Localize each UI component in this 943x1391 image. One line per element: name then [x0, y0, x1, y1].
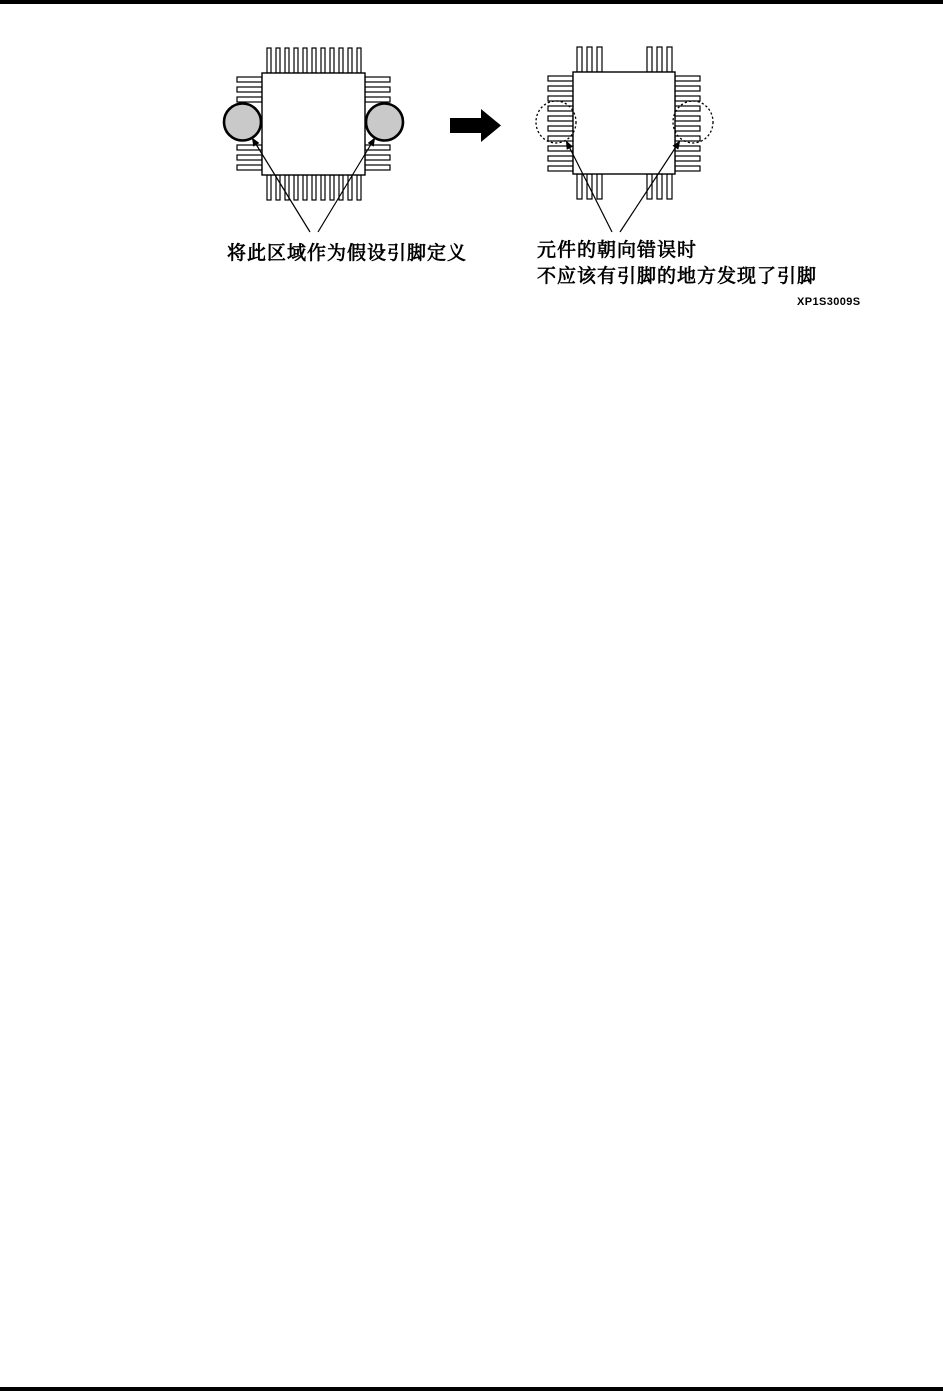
chip-pin: [587, 47, 592, 72]
chip-pin: [285, 48, 289, 73]
chip-pin: [267, 48, 271, 73]
right-chip: [536, 47, 713, 232]
caption-left: 将此区域作为假设引脚定义: [227, 238, 467, 265]
assumed-pin-pad-left: [224, 104, 261, 141]
chip-pin: [312, 175, 316, 200]
chip-pin: [303, 48, 307, 73]
bottom-rule: [0, 1387, 943, 1391]
caption-right: 元件的朝向错误时 不应该有引脚的地方发现了引脚: [537, 238, 817, 289]
chip-pin: [365, 87, 390, 92]
chip-pin: [667, 174, 672, 199]
right-chip-pins-top: [577, 47, 672, 72]
chip-pin: [675, 86, 700, 91]
chip-pin: [675, 166, 700, 171]
chip-pin: [321, 175, 325, 200]
chip-pin: [237, 97, 262, 102]
chip-pin: [365, 155, 390, 160]
chip-pin: [237, 155, 262, 160]
chip-pin: [577, 174, 582, 199]
chip-pin: [321, 48, 325, 73]
right-block-arrow-icon: [450, 109, 501, 142]
chip-pin: [303, 175, 307, 200]
chip-pin: [237, 165, 262, 170]
chip-pin: [597, 174, 602, 199]
chip-pin: [675, 146, 700, 151]
document-page: 将此区域作为假设引脚定义 元件的朝向错误时 不应该有引脚的地方发现了引脚 XP1…: [0, 0, 943, 1391]
chip-pin: [357, 48, 361, 73]
chip-pin: [548, 126, 573, 131]
chip-pin: [365, 165, 390, 170]
chip-pin: [276, 48, 280, 73]
chip-pin: [675, 126, 700, 131]
chip-pin: [294, 175, 298, 200]
chip-pin: [657, 174, 662, 199]
chip-pin: [365, 97, 390, 102]
chip-pin: [548, 156, 573, 161]
right-chip-pins-bottom: [577, 174, 672, 199]
caption-right-line1: 元件的朝向错误时: [537, 238, 817, 264]
figure-id-label: XP1S3009S: [797, 296, 861, 308]
chip-pin: [647, 47, 652, 72]
chip-pin: [548, 86, 573, 91]
chip-pin: [548, 166, 573, 171]
chip-pin: [675, 136, 700, 141]
chip-pin: [294, 48, 298, 73]
left-chip: [224, 48, 403, 232]
chip-pin: [548, 76, 573, 81]
chip-pin: [548, 116, 573, 121]
chip-pin: [237, 77, 262, 82]
chip-pin: [657, 47, 662, 72]
chip-pin: [548, 96, 573, 101]
assumed-pin-pad-right: [366, 104, 403, 141]
caption-right-line2: 不应该有引脚的地方发现了引脚: [537, 264, 817, 290]
chip-pin: [675, 116, 700, 121]
chip-pin: [339, 48, 343, 73]
chip-pin: [330, 175, 334, 200]
chip-pin: [330, 48, 334, 73]
chip-pin: [312, 48, 316, 73]
chip-pin: [348, 48, 352, 73]
left-chip-pins-bottom: [267, 175, 361, 200]
left-chip-pins-top: [267, 48, 361, 73]
right-chip-body: [573, 72, 675, 174]
chip-pin: [357, 175, 361, 200]
right-chip-pins-left: [548, 76, 573, 171]
chip-pin: [597, 47, 602, 72]
chip-pin: [365, 77, 390, 82]
chip-pin: [577, 47, 582, 72]
chip-pin: [667, 47, 672, 72]
right-chip-pins-right: [675, 76, 700, 171]
left-chip-body: [262, 73, 365, 175]
chip-pin: [237, 87, 262, 92]
chip-pin: [675, 76, 700, 81]
chip-pin: [675, 156, 700, 161]
chip-pin: [267, 175, 271, 200]
chip-pin: [675, 96, 700, 101]
